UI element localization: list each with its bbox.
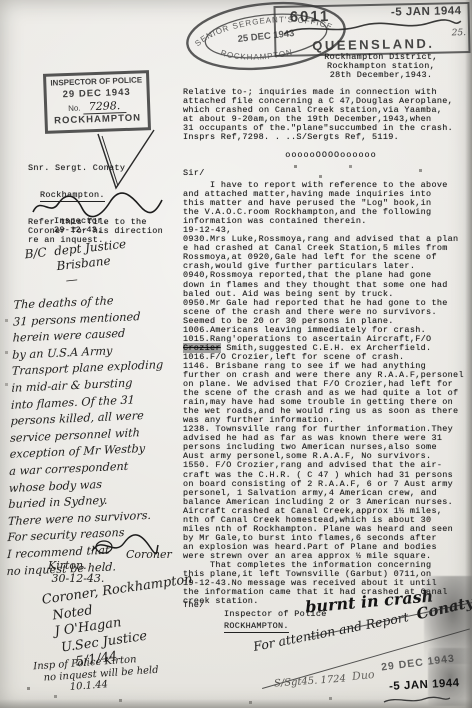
referral-line1: Snr. Sergt. Conaty [28,164,188,173]
report-body: I have to report with reference to the a… [183,181,472,606]
inspector-box-no-value: 7298. [83,99,127,115]
inspector-date-block: Inspector. 29-12-43. [54,217,108,235]
header-address: Rockhampton District, Rockhampton statio… [300,53,462,80]
final-inquest-note: Insp of Police Kirton no inquest will be… [33,653,160,696]
inspector-box-no-label: No. [68,104,81,113]
registry-stamp: 6011 -5 JAN 1944 25. QUEENSLAND. [273,2,470,57]
coroner-label: Coroner [126,548,172,561]
ooo-divider: oooooOOOOoooooo [251,151,411,160]
scanned-police-report-page: SENIOR SERGEANT'S OFFICE 25 DEC 1943 ROC… [0,0,472,708]
report-body-part2: Smith,suggested C.E.H. ex Archerfield. 1… [183,343,464,606]
footer-place: ROCKHAMPTON. [224,622,289,633]
registry-margin-note: 25. [452,28,467,38]
inspector-box-stamp: INSPECTOR OF POLICE 29 DEC 1943 No. 7298… [43,70,151,134]
report-body-part1: I have to report with reference to the a… [183,180,458,344]
inspector-box-place: ROCKHAMPTON [47,112,147,126]
coroner-name-date: Kirton. 30-12-43. [48,560,104,585]
registry-state: QUEENSLAND. [312,36,434,54]
subject-block: Relative to-; inquiries made in connecti… [183,88,472,142]
paper-specks [0,0,1,1]
bc-note: B/C dept Justice Brisbane — [24,237,130,292]
footer-ref-number: S/Sgt45. 1724 [274,674,347,690]
footer-duo: Duo [351,668,375,683]
bottom-squiggle [382,694,452,706]
registry-signature-squiggle [280,17,464,37]
footer-the: The/ [183,601,205,610]
